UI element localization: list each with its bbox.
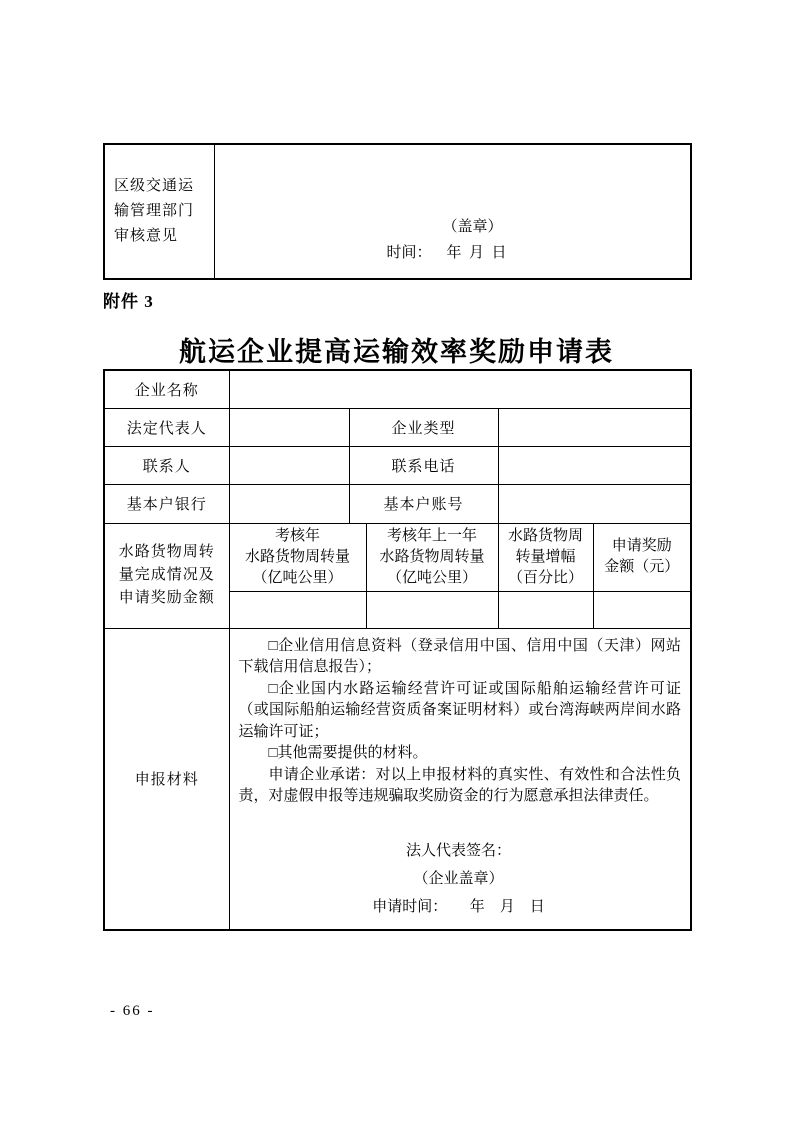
contact-phone-label: 联系电话	[349, 446, 498, 484]
review-opinion-table: 区级交通运输管理部门审核意见 （盖章） 时间： 年 月 日	[103, 143, 692, 280]
legal-rep-row: 法定代表人 企业类型	[104, 408, 691, 446]
bank-value-cell	[229, 484, 349, 523]
review-opinion-label: 区级交通运输管理部门审核意见	[104, 144, 214, 279]
turnover-growth-value-cell	[498, 591, 593, 628]
application-date-line: 申请时间： 年 月 日	[239, 893, 679, 921]
turnover-section-label: 水路货物周转量完成情况及申请奖励金额	[104, 523, 229, 628]
contact-person-value-cell	[229, 446, 349, 484]
company-type-value-cell	[498, 408, 691, 446]
form-title: 航运企业提高运输效率奖励申请表	[0, 330, 793, 369]
materials-label: 申报材料	[104, 628, 229, 930]
company-name-value-cell	[229, 370, 691, 408]
review-opinion-row: 区级交通运输管理部门审核意见 （盖章） 时间： 年 月 日	[104, 144, 691, 279]
review-opinion-content-cell: （盖章） 时间： 年 月 日	[214, 144, 691, 279]
materials-commitment-text: 申请企业承诺：对以上申报材料的真实性、有效性和合法性负责，对虚假申报等违规骗取奖…	[239, 765, 682, 808]
bank-label: 基本户银行	[104, 484, 229, 523]
materials-row: 申报材料 □企业信用信息资料（登录信用中国、信用中国（天津）网站下载信用信息报告…	[104, 628, 691, 930]
materials-item-other: □其他需要提供的材料。	[239, 743, 682, 765]
account-value-cell	[498, 484, 691, 523]
turnover-previous-year-value-cell	[366, 591, 498, 628]
bank-row: 基本户银行 基本户账号	[104, 484, 691, 523]
turnover-assess-year-value-cell	[229, 591, 366, 628]
materials-content-cell: □企业信用信息资料（登录信用中国、信用中国（天津）网站下载信用信息报告）； □企…	[229, 628, 691, 930]
contact-row: 联系人 联系电话	[104, 446, 691, 484]
account-label: 基本户账号	[349, 484, 498, 523]
turnover-col-assess-year: 考核年 水路货物周转量 （亿吨公里）	[229, 523, 366, 591]
materials-item-license: □企业国内水路运输经营许可证或国际船舶运输经营许可证（或国际船舶运输经营资质备案…	[239, 679, 682, 744]
review-date-line: 时间： 年 月 日	[387, 240, 691, 266]
legal-rep-signature-line: 法人代表签名：	[239, 837, 679, 865]
turnover-header-row: 水路货物周转量完成情况及申请奖励金额 考核年 水路货物周转量 （亿吨公里） 考核…	[104, 523, 691, 591]
legal-rep-value-cell	[229, 408, 349, 446]
company-seal-line: （企业盖章）	[239, 865, 679, 893]
contact-phone-value-cell	[498, 446, 691, 484]
turnover-col-reward-amount: 申请奖励 金额（元）	[593, 523, 691, 591]
seal-placeholder-text: （盖章）	[443, 214, 691, 240]
contact-person-label: 联系人	[104, 446, 229, 484]
company-name-row: 企业名称	[104, 370, 691, 408]
attachment-label: 附件 3	[103, 287, 154, 312]
company-name-label: 企业名称	[104, 370, 229, 408]
turnover-col-previous-year: 考核年上一年 水路货物周转量 （亿吨公里）	[366, 523, 498, 591]
document-page: 区级交通运输管理部门审核意见 （盖章） 时间： 年 月 日 附件 3 航运企业提…	[0, 0, 793, 1122]
application-form-table: 企业名称 法定代表人 企业类型 联系人 联系电话 基本户银行 基本户账号 水路货…	[103, 369, 692, 931]
legal-rep-label: 法定代表人	[104, 408, 229, 446]
turnover-reward-amount-value-cell	[593, 591, 691, 628]
materials-item-credit-info: □企业信用信息资料（登录信用中国、信用中国（天津）网站下载信用信息报告）；	[239, 636, 682, 679]
signature-block: 法人代表签名： （企业盖章） 申请时间： 年 月 日	[239, 837, 679, 921]
turnover-col-growth: 水路货物周 转量增幅 （百分比）	[498, 523, 593, 591]
page-number: - 66 -	[110, 1003, 155, 1020]
company-type-label: 企业类型	[349, 408, 498, 446]
